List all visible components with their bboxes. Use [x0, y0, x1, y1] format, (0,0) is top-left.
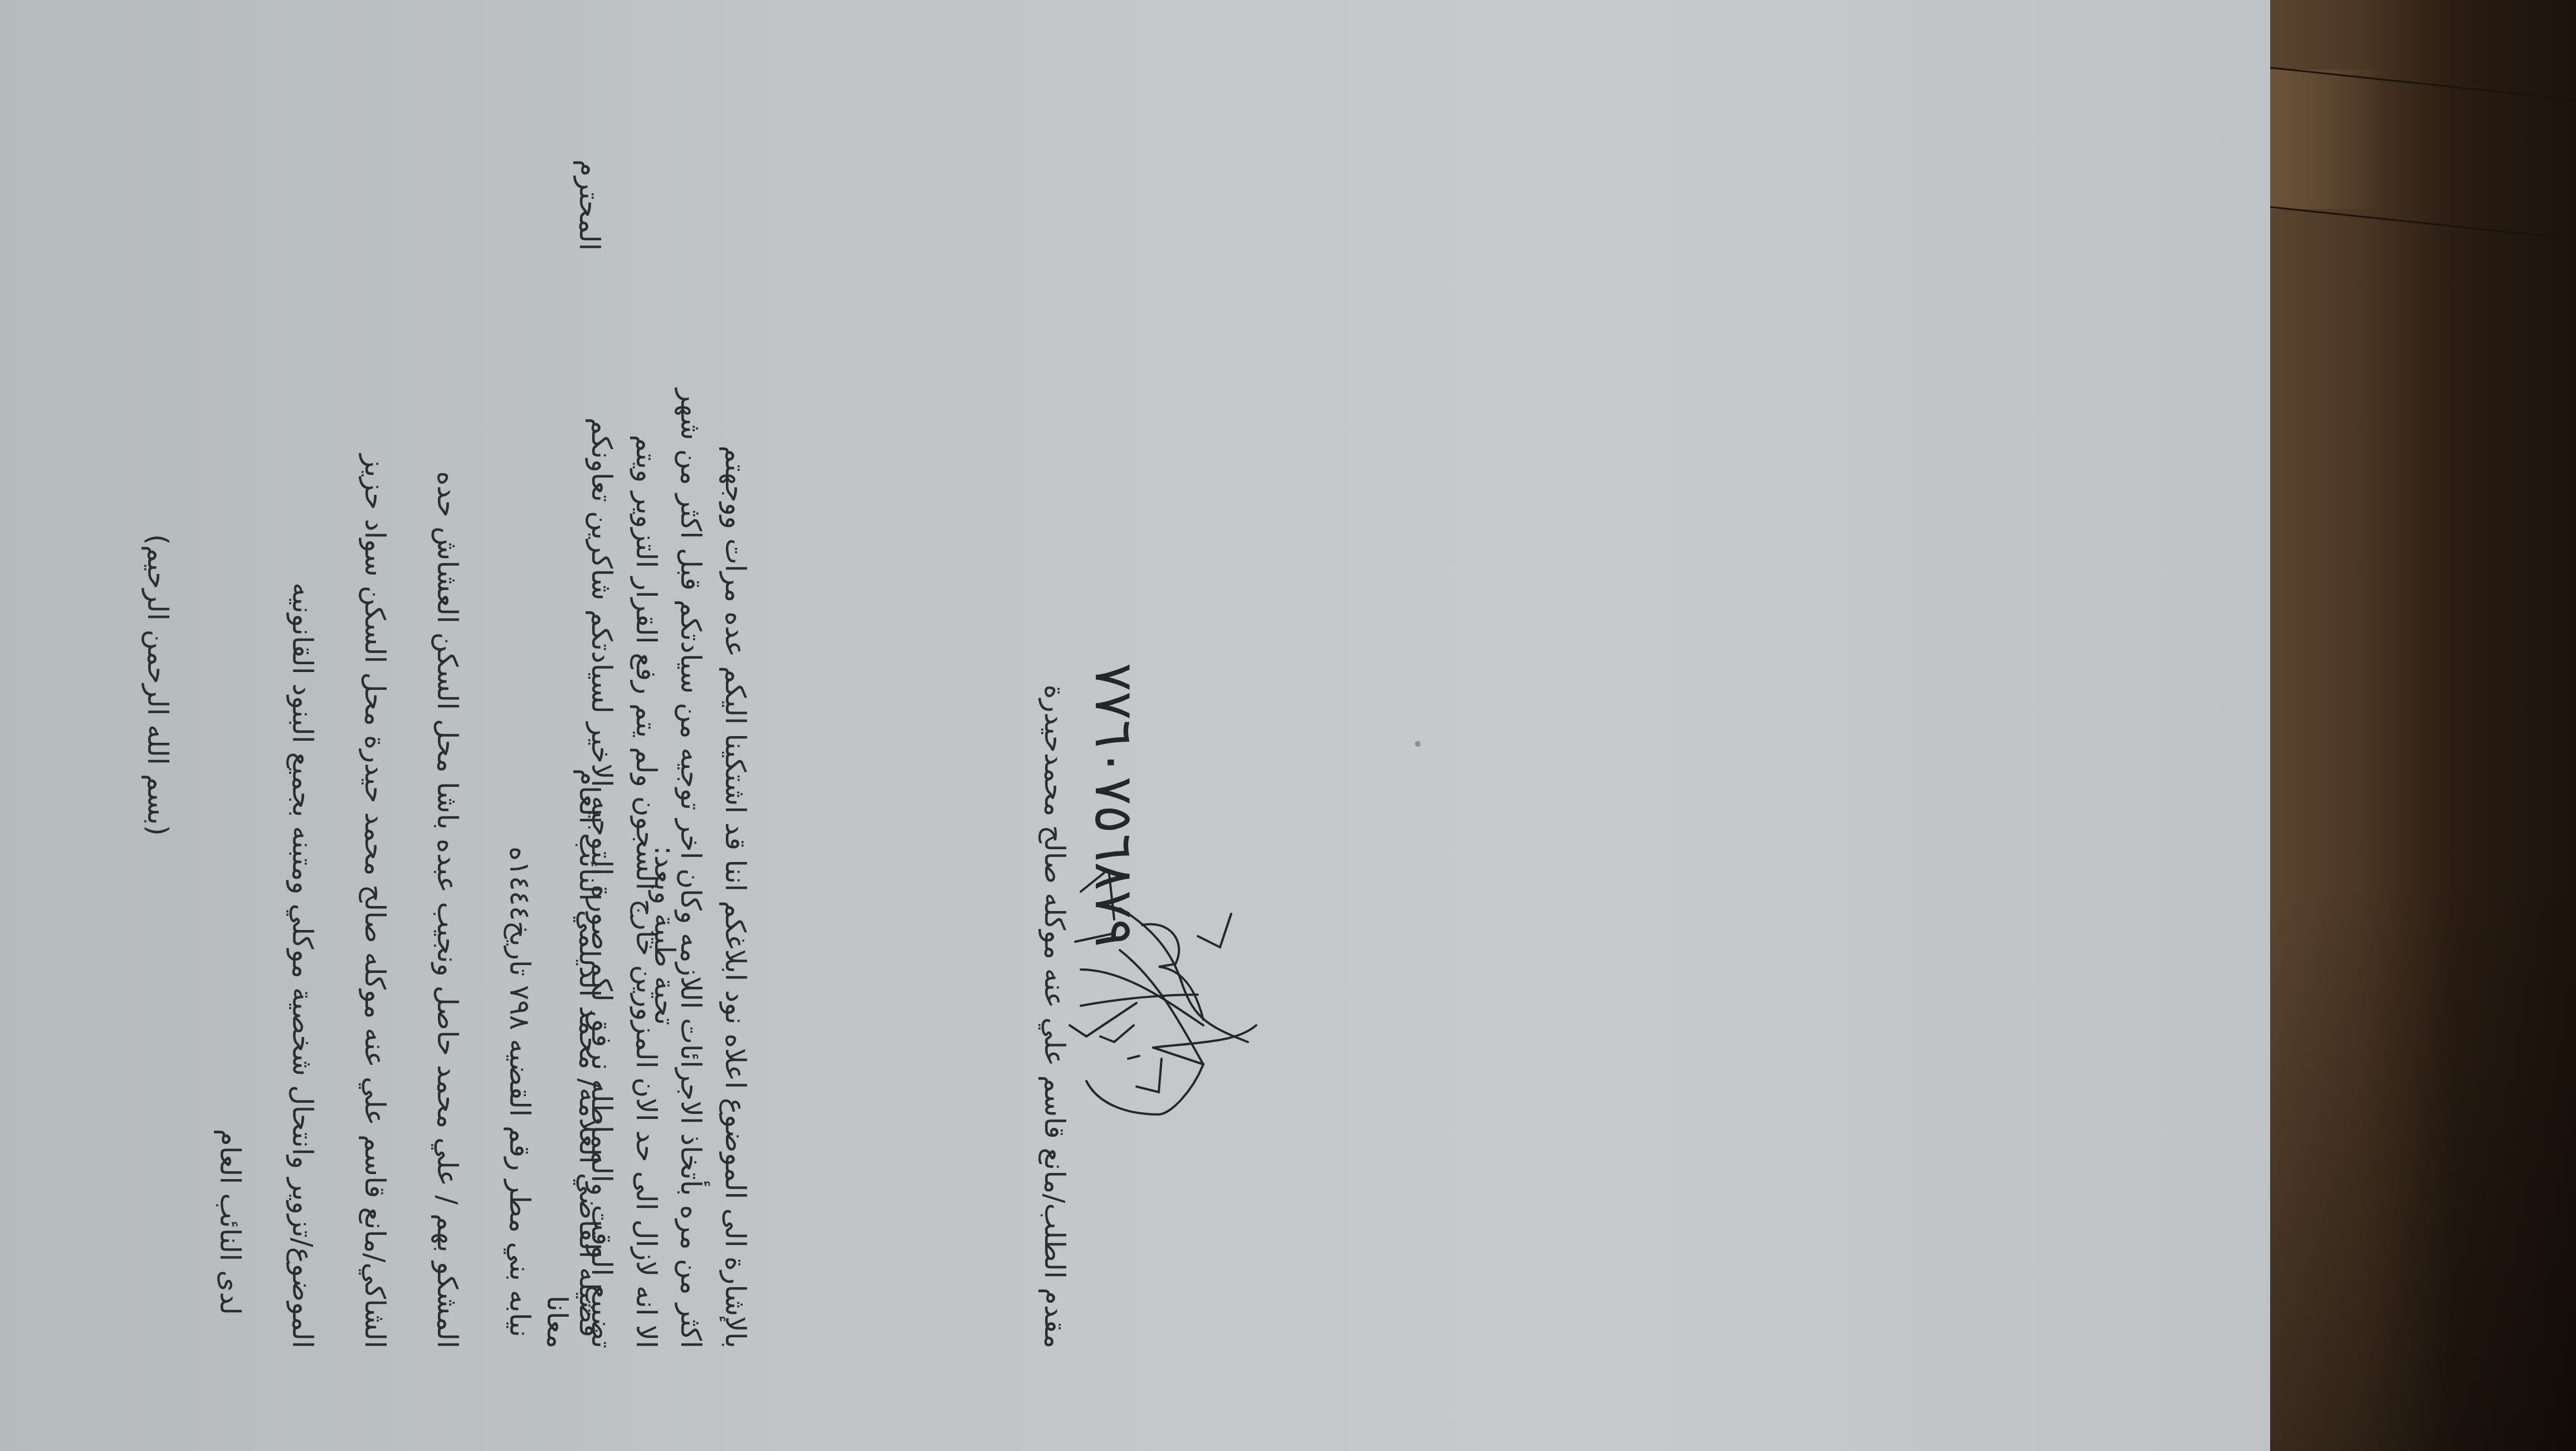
wood-seam	[2270, 206, 2576, 241]
signature-icon	[1031, 869, 1265, 1215]
addressee-line: لدى النائب العام	[209, 1129, 251, 1315]
bismillah-heading: (بسم الله الرحمن الرحيم)	[136, 534, 178, 836]
accused-line: المشكو بهم / علي محمد حاصل ونجيب عبده با…	[426, 471, 468, 1348]
paper-speck	[1415, 741, 1421, 747]
body-paragraph: بالإشارة الى الموضوع اعلاه نود ابلاغكم ا…	[535, 178, 758, 1348]
wooden-surface	[2270, 0, 2576, 1451]
body-line: اكثر من مره بأتخاذ الاجرائات اللازمه وكا…	[669, 178, 713, 1348]
body-line: بالإشارة الى الموضوع اعلاه نود ابلاغكم ا…	[713, 178, 758, 1348]
prosecution-case-line: نيابه بني مطر رقم القضيه ٧٩٨ تاريخ١٤٤٤ه	[499, 846, 540, 1337]
body-line: تضييع الوقت والمماطله نرفق لكم صورة التو…	[579, 178, 624, 1348]
subject-line: الموضوع/تزوير وانتحال شخصية موكلي ومتبنه…	[281, 582, 323, 1348]
letter-content: (بسم الله الرحمن الرحيم) لدى النائب العا…	[84, 167, 1142, 1337]
body-line: الا انه لازال الى حد الان المزورين خارج …	[624, 178, 669, 1348]
complainant-line: الشاكي/مانع قاسم علي عنه موكله صالح محمد…	[354, 454, 396, 1348]
wood-highlight	[2270, 70, 2382, 209]
body-line: معانا	[535, 178, 579, 1348]
